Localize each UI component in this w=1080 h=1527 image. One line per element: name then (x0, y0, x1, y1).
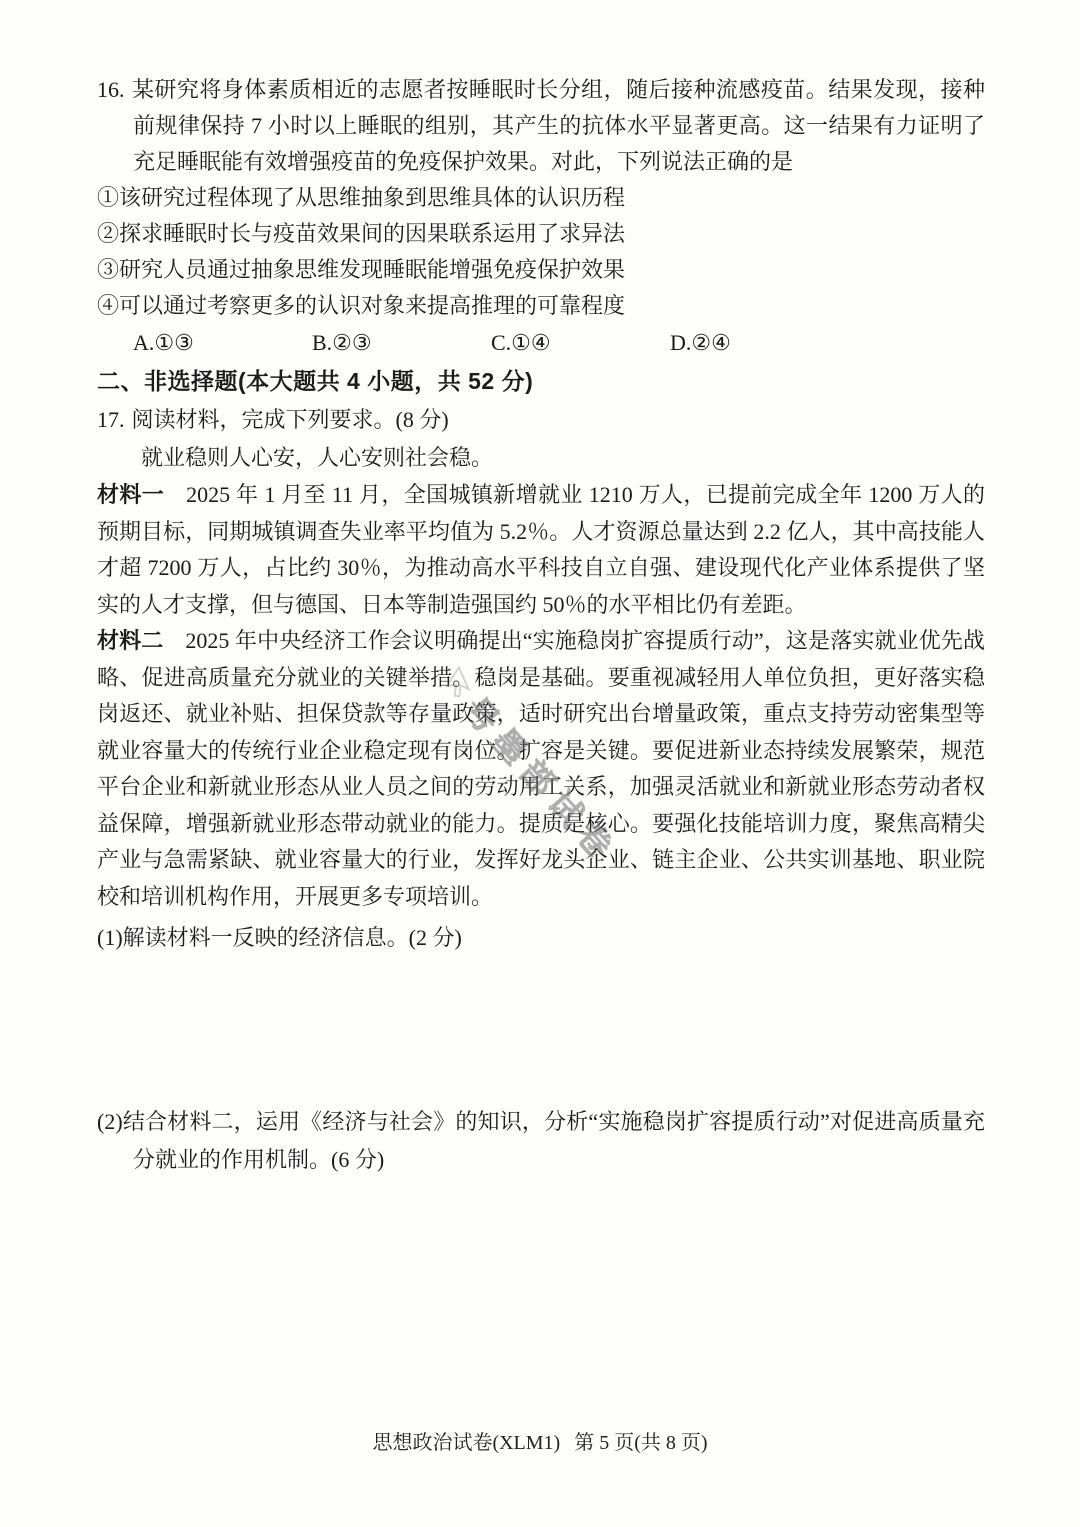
exam-page: 16.某研究将身体素质相近的志愿者按睡眠时长分组，随后接种流感疫苗。结果发现，接… (0, 0, 1080, 1527)
question-16-statement-2: ②探求睡眠时长与疫苗效果间的因果联系运用了求异法 (97, 216, 985, 252)
question-16-number: 16. (97, 77, 125, 102)
material-2: 材料二2025 年中央经济工作会议明确提出“实施稳岗扩容提质行动”，这是落实就业… (97, 623, 985, 915)
question-16-statement-3: ③研究人员通过抽象思维发现睡眠能增强免疫保护效果 (97, 252, 985, 288)
question-17-head: 17.阅读材料，完成下列要求。(8 分) (97, 401, 985, 439)
footer-page-number: 第 5 页(共 8 页) (574, 1432, 707, 1454)
material-2-label: 材料二 (97, 628, 163, 653)
material-1: 材料一2025 年 1 月至 11 月，全国城镇新增就业 1210 万人，已提前… (97, 477, 985, 623)
question-16-text: 某研究将身体素质相近的志愿者按睡眠时长分组，随后接种流感疫苗。结果发现，接种前规… (132, 77, 986, 174)
question-17-number: 17. (97, 407, 125, 432)
question-16-statement-4: ④可以通过考察更多的认识对象来提高推理的可靠程度 (97, 288, 985, 324)
material-2-text: 2025 年中央经济工作会议明确提出“实施稳岗扩容提质行动”，这是落实就业优先战… (97, 628, 985, 909)
choice-d: D.②④ (670, 324, 731, 361)
section-2-header: 二、非选择题(本大题共 4 小题，共 52 分) (97, 361, 985, 401)
footer-title: 思想政治试卷(XLM1) (372, 1432, 560, 1454)
question-16-choices: A.①③ B.②③ C.①④ D.②④ (97, 324, 985, 361)
question-17-sub2: (2)结合材料二，运用《经济与社会》的知识，分析“实施稳岗扩容提质行动”对促进高… (97, 1103, 985, 1179)
material-1-label: 材料一 (97, 482, 164, 507)
choice-c: C.①④ (491, 324, 670, 361)
question-17-intro: 阅读材料，完成下列要求。(8 分) (132, 407, 449, 432)
choice-a: A.①③ (133, 324, 312, 361)
page-footer: 思想政治试卷(XLM1)第 5 页(共 8 页) (0, 1426, 1080, 1455)
question-17-lead: 就业稳则人心安，人心安则社会稳。 (141, 439, 985, 477)
question-17-sub1: (1)解读材料一反映的经济信息。(2 分) (97, 919, 985, 957)
question-16-stem: 16.某研究将身体素质相近的志愿者按睡眠时长分组，随后接种流感疫苗。结果发现，接… (97, 72, 985, 180)
material-1-text: 2025 年 1 月至 11 月，全国城镇新增就业 1210 万人，已提前完成全… (97, 482, 985, 617)
exam-content: 16.某研究将身体素质相近的志愿者按睡眠时长分组，随后接种流感疫苗。结果发现，接… (97, 72, 985, 1179)
choice-b: B.②③ (312, 324, 491, 361)
question-16-statement-1: ①该研究过程体现了从思维抽象到思维具体的认识历程 (97, 180, 985, 216)
